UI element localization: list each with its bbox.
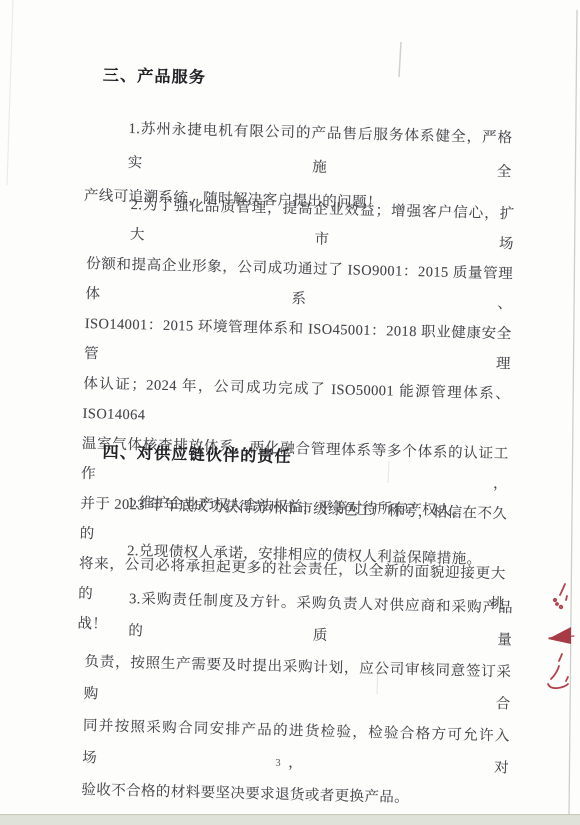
document-content: 三、产品服务 1.苏州永捷电机有限公司的产品售后服务体系健全，严格实施全 产线可…	[0, 0, 580, 825]
paragraph: 2.为了强化品质管理，提高企业效益；增强客户信心，扩大市场 份额和提高企业形象，…	[77, 189, 515, 649]
paragraph-line: ISO14001：2015 环境管理体系和 ISO45001：2018 职业健康…	[84, 309, 512, 379]
paragraph-line: 同并按照采购合同安排产品的进货检验，检验合格方可允许入场，对	[82, 710, 510, 784]
paragraph-line: 份额和提高企业形象，公司成功通过了 ISO9001：2015 质量管理体系、	[85, 249, 513, 319]
paragraph-line: 3.采购责任制度及方针。采购负责人对供应商和采购产品的质量	[85, 582, 513, 656]
paragraph-line: 负责，按照生产需要及时提出采购计划，应公司审核同意签订采购合	[83, 646, 511, 720]
paragraph-line: 2.为了强化品质管理，提高企业效益；增强客户信心，扩大市场	[87, 189, 515, 259]
section3-heading: 三、产品服务	[103, 62, 207, 88]
paragraph-line: 1.苏州永捷电机有限公司的产品售后服务体系健全，严格实施全	[84, 111, 513, 189]
section4-heading: 四、对供应链伙伴的责任	[102, 439, 292, 467]
paragraph: 3.采购责任制度及方针。采购负责人对供应商和采购产品的质量 负责，按照生产需要及…	[81, 582, 513, 816]
scanned-document-page: { "doc": { "sections": [ { "heading": "三…	[0, 0, 580, 825]
page-number: 3	[268, 758, 288, 769]
paragraph-line: 体认证；2024 年，公司成功完成了 ISO50001 能源管理体系、ISO14…	[82, 369, 510, 439]
